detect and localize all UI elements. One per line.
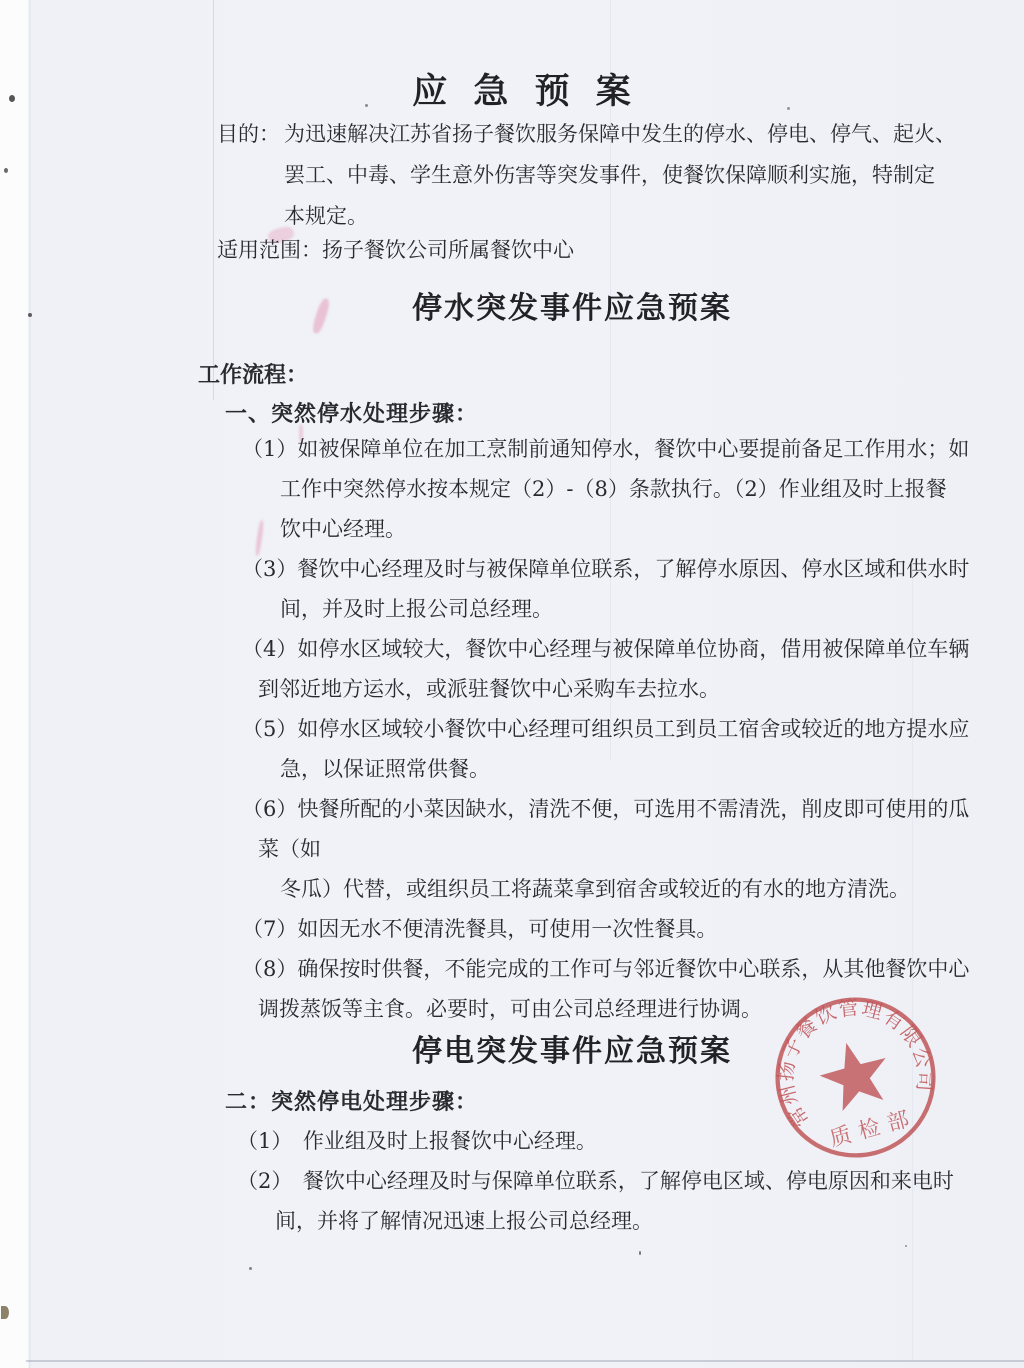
procedure-line: 工作中突然停水按本规定（2）-（8）条款执行。（2）作业组及时上报餐 xyxy=(280,469,1024,509)
procedure-line: （6）快餐所配的小菜因缺水，清洗不便，可选用不需清洗，削皮即可使用的瓜 xyxy=(242,789,1024,829)
stamp-star-icon xyxy=(813,1034,896,1114)
purpose-label: 目的： xyxy=(217,114,284,237)
quality-inspection-stamp: 常州扬子餐饮管理有限公司 质检部 xyxy=(753,975,958,1180)
section-title-water-outage: 停水突发事件应急预案 xyxy=(0,287,1024,331)
procedure-line: （5）如停水区域较小餐饮中心经理可组织员工到员工宿舍或较近的地方提水应 xyxy=(242,709,1024,749)
procedure-line: 到邻近地方运水，或派驻餐饮中心采购车去拉水。 xyxy=(258,669,1024,709)
procedure-line: 饮中心经理。 xyxy=(280,509,1024,549)
procedure-line: （7）如因无水不便清洗餐具，可使用一次性餐具。 xyxy=(242,909,1024,949)
procedure-item: （7）如因无水不便清洗餐具，可使用一次性餐具。 xyxy=(242,909,1024,949)
procedure-item: （1）如被保障单位在加工烹制前通知停水，餐饮中心要提前备足工作用水；如工作中突然… xyxy=(242,429,1024,549)
document-title: 应 急 预 案 xyxy=(0,0,1024,114)
procedure-line: （4）如停水区域较大，餐饮中心经理与被保障单位协商，借用被保障单位车辆 xyxy=(242,629,1024,669)
procedure-line: 间，并将了解情况迅速上报公司总经理。 xyxy=(275,1201,1024,1241)
step-heading-water: 一、突然停水处理步骤： xyxy=(225,395,1024,433)
text-line: 罢工、中毒、学生意外伤害等突发事件，使餐饮保障顺利实施，特制定 xyxy=(284,155,956,196)
purpose-block: 目的： 为迅速解决江苏省扬子餐饮服务保障中发生的停水、停电、停气、起火、罢工、中… xyxy=(217,114,917,237)
procedure-item: （5）如停水区域较小餐饮中心经理可组织员工到员工宿舍或较近的地方提水应急，以保证… xyxy=(242,709,1024,789)
procedure-line: 菜（如 xyxy=(258,829,1024,869)
text-line: 为迅速解决江苏省扬子餐饮服务保障中发生的停水、停电、停气、起火、 xyxy=(284,114,956,155)
procedure-item: （4）如停水区域较大，餐饮中心经理与被保障单位协商，借用被保障单位车辆到邻近地方… xyxy=(242,629,1024,709)
workflow-label: 工作流程： xyxy=(198,355,1024,395)
stamp-department-text: 质检部 xyxy=(827,1105,920,1152)
procedure-item: （3）餐饮中心经理及时与被保障单位联系，了解停水原因、停水区域和供水时间，并及时… xyxy=(242,549,1024,629)
procedure-line: 冬瓜）代替，或组织员工将蔬菜拿到宿舍或较近的有水的地方清洗。 xyxy=(280,869,1024,909)
procedure-line: 间，并及时上报公司总经理。 xyxy=(280,589,1024,629)
procedure-line: 急，以保证照常供餐。 xyxy=(280,749,1024,789)
procedure-item: （6）快餐所配的小菜因缺水，清洗不便，可选用不需清洗，削皮即可使用的瓜菜（如冬瓜… xyxy=(242,789,1024,909)
water-outage-procedure-list: （1）如被保障单位在加工烹制前通知停水，餐饮中心要提前备足工作用水；如工作中突然… xyxy=(242,429,1024,1029)
scanned-document-page: 应 急 预 案 目的： 为迅速解决江苏省扬子餐饮服务保障中发生的停水、停电、停气… xyxy=(0,0,1024,1368)
procedure-line: （1）如被保障单位在加工烹制前通知停水，餐饮中心要提前备足工作用水；如 xyxy=(242,429,1024,469)
purpose-text: 为迅速解决江苏省扬子餐饮服务保障中发生的停水、停电、停气、起火、罢工、中毒、学生… xyxy=(284,114,956,237)
procedure-line: （3）餐饮中心经理及时与被保障单位联系，了解停水原因、停水区域和供水时 xyxy=(242,549,1024,589)
